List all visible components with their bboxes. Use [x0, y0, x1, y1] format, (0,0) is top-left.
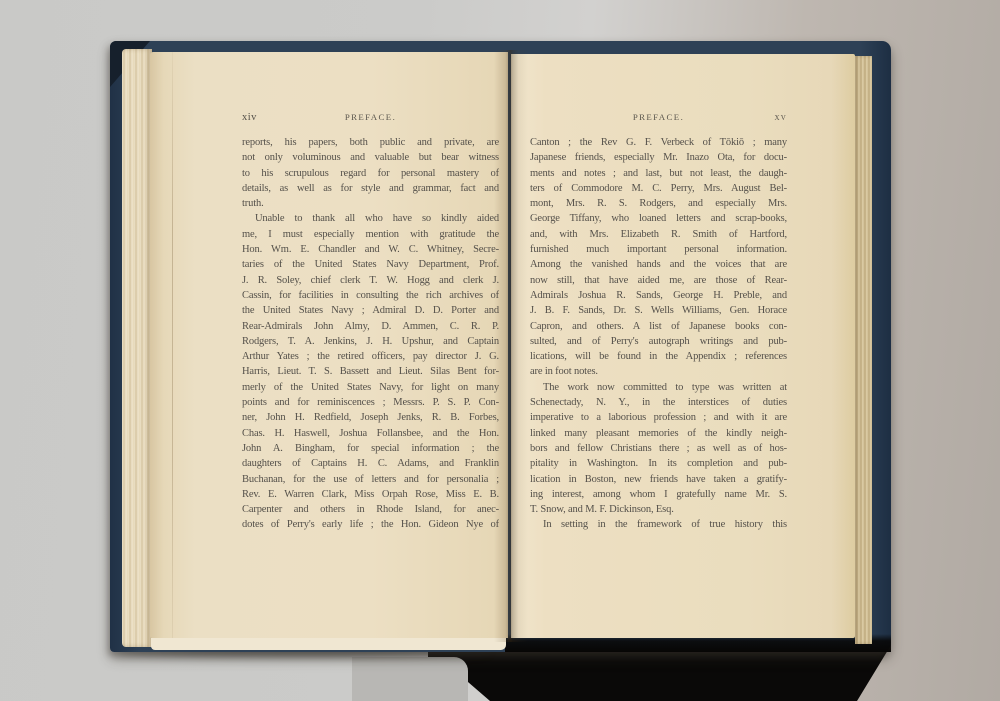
text-line: pitality in Washington. In its completio…: [530, 456, 787, 471]
right-page: PREFACE. xv Canton ; the Rev G. F. Verbe…: [511, 54, 855, 638]
text-line: imperative to a laborious profession ; a…: [530, 410, 787, 425]
text-line: reports, his papers, both public and pri…: [242, 135, 499, 150]
text-line: Chas. H. Haswell, Joshua Follansbee, and…: [242, 426, 499, 441]
text-line: truth.: [242, 196, 499, 211]
text-line: Japanese friends, especially Mr. Inazo O…: [530, 150, 787, 165]
right-page-text: Canton ; the Rev G. F. Verbeck of Tōkiō …: [530, 135, 787, 533]
text-line: In setting in the framework of true hist…: [530, 517, 787, 532]
page-header-right: PREFACE. xv: [530, 112, 787, 123]
running-title-left: PREFACE.: [294, 112, 447, 122]
text-line: ing interest, among whom I gratefully na…: [530, 487, 787, 502]
text-line: Canton ; the Rev G. F. Verbeck of Tōkiō …: [530, 135, 787, 150]
text-line: bors and fellow Christians there ; as we…: [530, 441, 787, 456]
text-line: furnished much important personal inform…: [530, 242, 787, 257]
text-line: John A. Bingham, for special information…: [242, 441, 499, 456]
running-title-right: PREFACE.: [582, 112, 735, 122]
text-line: details, as well as for style and gramma…: [242, 181, 499, 196]
page-header-left: xiv PREFACE.: [242, 112, 499, 123]
text-line: George Tiffany, who loaned letters and s…: [530, 211, 787, 226]
text-line: are in foot notes.: [530, 364, 787, 379]
text-line: not only voluminous and valuable but bea…: [242, 150, 499, 165]
text-line: Admirals Joshua R. Sands, George H. Preb…: [530, 288, 787, 303]
text-line: The work now committed to type was writt…: [530, 380, 787, 395]
page-stack-fore-edge-left: [122, 49, 152, 647]
text-line: mont, Mrs. R. S. Rodgers, and especially…: [530, 196, 787, 211]
text-line: now still, that have aided me, are those…: [530, 273, 787, 288]
text-line: T. Snow, and M. F. Dickinson, Esq.: [530, 502, 787, 517]
text-line: Buchanan, for the use of letters and for…: [242, 472, 499, 487]
text-line: me, I must especially mention with grati…: [242, 227, 499, 242]
text-line: Carpenter and others in Rhode Island, fo…: [242, 502, 499, 517]
book-photograph: xiv PREFACE. reports, his papers, both p…: [0, 0, 1000, 701]
text-line: Among the vanished hands and the voices …: [530, 257, 787, 272]
text-line: ters of Commodore M. C. Perry, Mrs. Augu…: [530, 181, 787, 196]
under-page-edge: [151, 637, 506, 650]
page-stack-fore-edge-right: [855, 56, 872, 644]
text-line: Rodgers, T. A. Jenkins, J. H. Upshur, an…: [242, 334, 499, 349]
text-line: points and for reminiscences ; Messrs. P…: [242, 395, 499, 410]
text-line: Harris, Lieut. T. S. Bassett and Lieut. …: [242, 364, 499, 379]
left-page-text: reports, his papers, both public and pri…: [242, 135, 499, 533]
text-line: J. B. F. Sands, Dr. S. Wells Williams, G…: [530, 303, 787, 318]
text-line: and, with Mrs. Elizabeth R. Smith of Har…: [530, 227, 787, 242]
text-line: Cassin, for facilities in consulting the…: [242, 288, 499, 303]
page-number-left: xiv: [242, 112, 294, 123]
text-line: Hon. Wm. E. Chandler and W. C. Whitney, …: [242, 242, 499, 257]
text-line: to his scrupulous regard for personal ma…: [242, 166, 499, 181]
text-line: Rear-Admirals John Almy, D. Ammen, C. R.…: [242, 319, 499, 334]
text-line: Arthur Yates ; the retired officers, pay…: [242, 349, 499, 364]
open-book: xiv PREFACE. reports, his papers, both p…: [0, 0, 1000, 701]
text-line: Capron, and others. A list of Japanese b…: [530, 319, 787, 334]
page-number-right: xv: [735, 112, 787, 123]
text-line: Rev. E. Warren Clark, Miss Orpah Rose, M…: [242, 487, 499, 502]
left-page: xiv PREFACE. reports, his papers, both p…: [150, 52, 508, 638]
text-line: sulted, and of Perry's autograph writing…: [530, 334, 787, 349]
text-line: lications, will be found in the Appendix…: [530, 349, 787, 364]
text-line: ments and notes ; and last, but not leas…: [530, 166, 787, 181]
text-line: J. R. Soley, chief clerk T. W. Hogg and …: [242, 273, 499, 288]
text-line: Schenectady, N. Y., in the interstices o…: [530, 395, 787, 410]
text-line: Unable to thank all who have so kindly a…: [242, 211, 499, 226]
text-line: ner, John H. Redfield, Joseph Jenks, R. …: [242, 410, 499, 425]
text-line: daughters of Captains H. C. Adams, and F…: [242, 456, 499, 471]
text-line: dotes of Perry's early life ; the Hon. G…: [242, 517, 499, 532]
text-line: merly of the United States Navy, for lig…: [242, 380, 499, 395]
text-line: linked many pleasant memories of the kin…: [530, 426, 787, 441]
text-line: taries of the United States Navy Departm…: [242, 257, 499, 272]
text-line: lication in Boston, new friends have tak…: [530, 472, 787, 487]
text-line: the United States Navy ; Admiral D. D. P…: [242, 303, 499, 318]
